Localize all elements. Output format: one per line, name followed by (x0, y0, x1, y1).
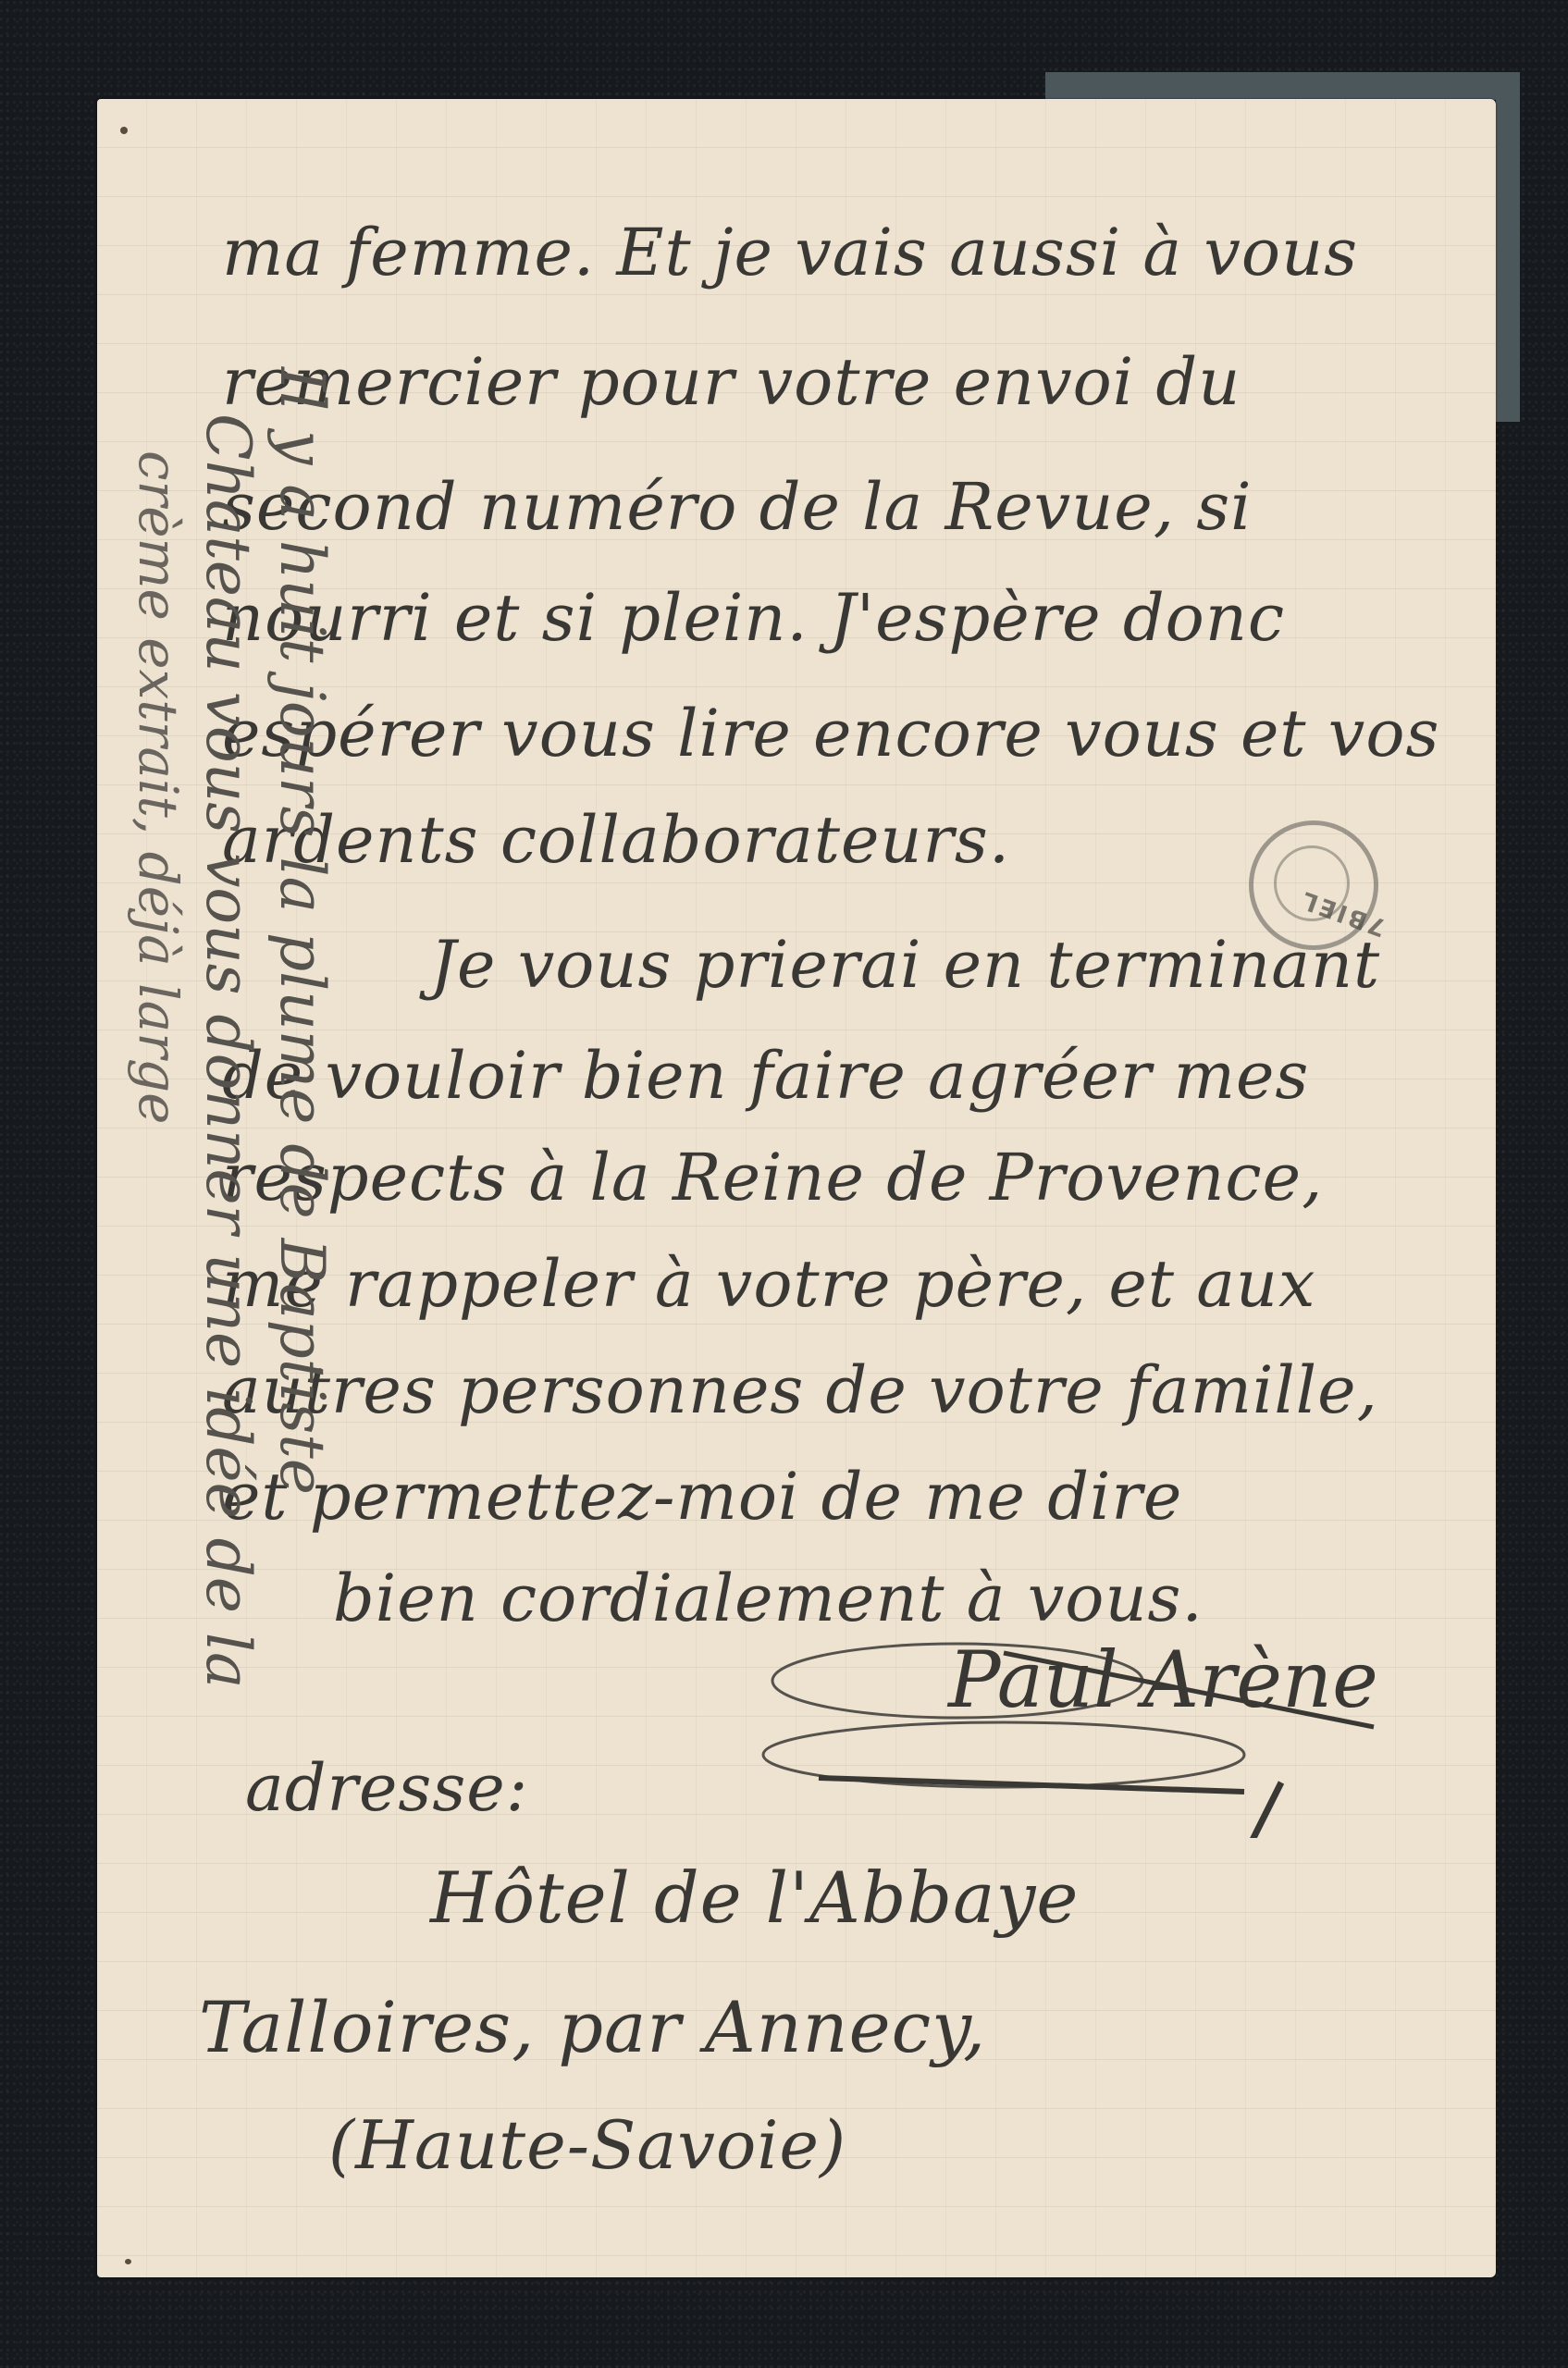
body-line-1: ma femme. Et je vais aussi à vous (222, 215, 1358, 290)
margin-note-column-2: Chateau vous vous donner une idée de la (192, 413, 264, 1688)
body-line-5: espérer vous lire encore vous et vos (222, 696, 1439, 771)
body-line-11: autres personnes de votre famille, (222, 1352, 1378, 1428)
letter-page: ma femme. Et je vais aussi à vous remerc… (97, 99, 1496, 2277)
margin-note-column-3: crème extrait, déjà large (127, 450, 190, 1124)
body-line-2: remercier pour votre envoi du (222, 344, 1241, 420)
body-line-9: respects à la Reine de Provence, (222, 1140, 1323, 1215)
body-line-3: second numéro de la Revue, si (222, 469, 1253, 545)
body-line-8: de vouloir bien faire agréer mes (222, 1038, 1309, 1114)
body-line-6: ardents collaborateurs. (222, 802, 1010, 878)
body-line-10: me rappeler à votre père, et aux (222, 1246, 1316, 1322)
postmark-stamp: 7BIEL (1249, 820, 1378, 950)
address-line-1: Hôtel de l'Abbaye (430, 1856, 1079, 1939)
address-label: adresse: (245, 1750, 528, 1826)
body-line-4: nourri et si plein. J'espère donc (222, 580, 1285, 656)
paper-spot (120, 127, 128, 134)
address-line-2: Talloires, par Annecy, (199, 1986, 986, 2068)
mount-card-top-edge (1045, 72, 1520, 100)
margin-note-column-1: Il y a huit jours la plume de Baptiste (266, 367, 338, 1495)
body-line-12: et permettez-moi de me dire (222, 1459, 1182, 1535)
signature: Paul Arène (948, 1634, 1378, 1725)
address-line-3: (Haute-Savoie) (328, 2106, 846, 2184)
paper-spot (125, 2259, 131, 2264)
body-line-7: Je vous prierai en terminant (430, 927, 1380, 1003)
mount-card-right-edge (1496, 72, 1520, 422)
